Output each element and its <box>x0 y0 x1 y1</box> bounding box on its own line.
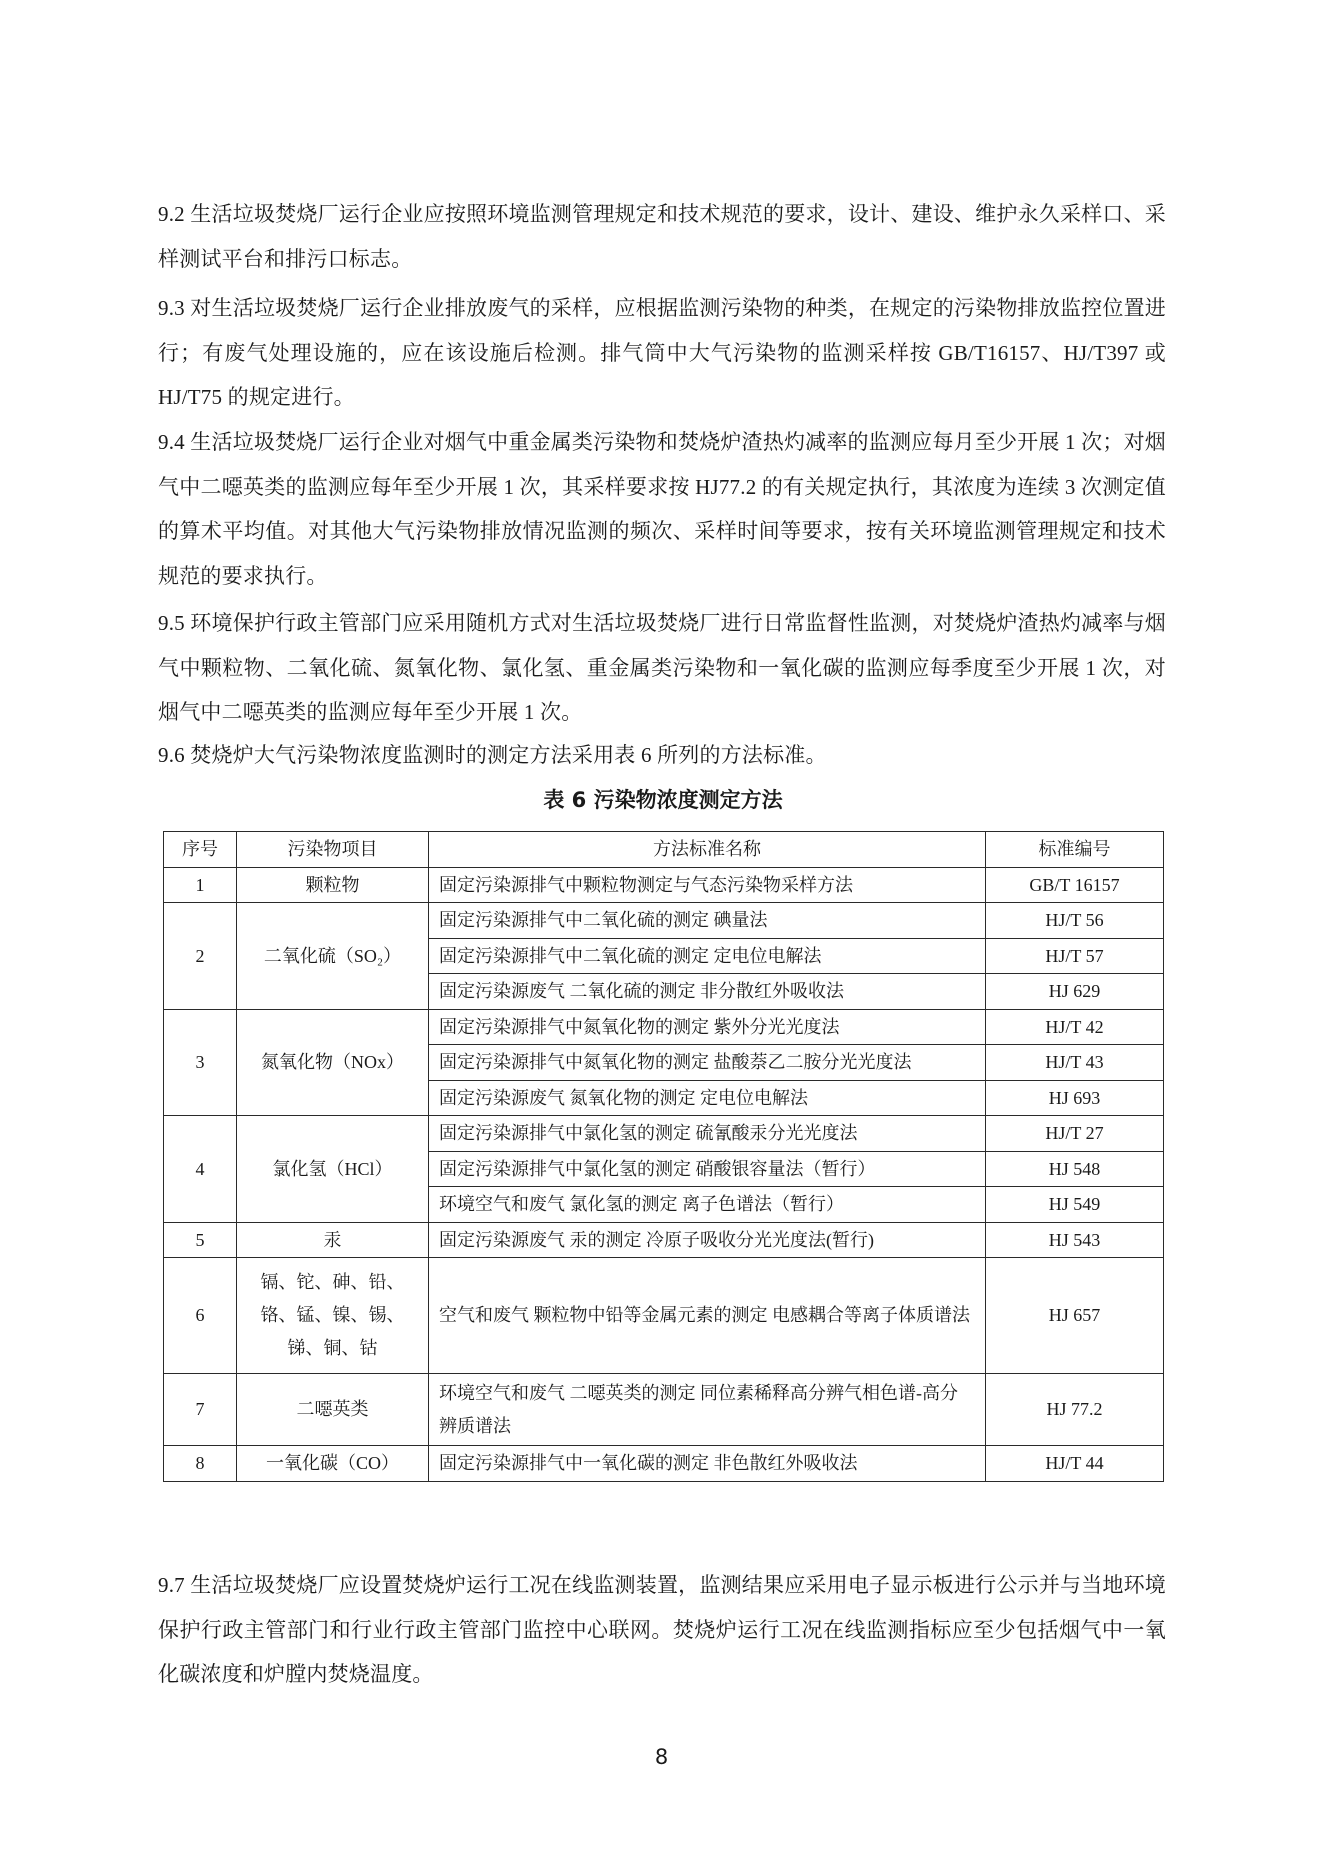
cell-standard-code: HJ/T 43 <box>986 1045 1164 1081</box>
cell-standard-code: HJ 629 <box>986 974 1164 1010</box>
header-no: 序号 <box>164 832 237 868</box>
cell-no: 5 <box>164 1222 237 1258</box>
cell-method-name: 环境空气和废气 二噁英类的测定 同位素稀释高分辨气相色谱-高分辨质谱法 <box>429 1374 986 1446</box>
cell-pollutant: 颗粒物 <box>237 867 429 903</box>
pollutant-line: 镉、铊、砷、铅、 <box>247 1266 418 1299</box>
cell-standard-code: HJ/T 57 <box>986 938 1164 974</box>
cell-method-name: 固定污染源废气 汞的测定 冷原子吸收分光光度法(暂行) <box>429 1222 986 1258</box>
cell-standard-code: HJ 548 <box>986 1151 1164 1187</box>
paragraph-9-4: 9.4 生活垃圾焚烧厂运行企业对烟气中重金属类污染物和焚烧炉渣热灼减率的监测应每… <box>158 420 1166 598</box>
cell-standard-code: HJ/T 44 <box>986 1446 1164 1482</box>
paragraph-9-5: 9.5 环境保护行政主管部门应采用随机方式对生活垃圾焚烧厂进行日常监督性监测，对… <box>158 601 1166 735</box>
page-number: 8 <box>0 1745 1323 1769</box>
table-row: 2 二氧化硫（SO₂） 固定污染源排气中二氧化硫的测定 碘量法 HJ/T 56 <box>164 903 1164 939</box>
pollutant-line: 锑、铜、钴 <box>247 1332 418 1365</box>
cell-standard-code: HJ/T 27 <box>986 1116 1164 1152</box>
cell-method-name: 固定污染源排气中氮氧化物的测定 紫外分光光度法 <box>429 1009 986 1045</box>
cell-method-name: 固定污染源废气 氮氧化物的测定 定电位电解法 <box>429 1080 986 1116</box>
table-row: 3 氮氧化物（NOx） 固定污染源排气中氮氧化物的测定 紫外分光光度法 HJ/T… <box>164 1009 1164 1045</box>
cell-method-name: 固定污染源排气中颗粒物测定与气态污染物采样方法 <box>429 867 986 903</box>
methods-table: 序号 污染物项目 方法标准名称 标准编号 1 颗粒物 固定污染源排气中颗粒物测定… <box>163 831 1164 1482</box>
cell-pollutant: 二氧化硫（SO₂） <box>237 903 429 1010</box>
cell-standard-code: HJ 693 <box>986 1080 1164 1116</box>
paragraph-9-6: 9.6 焚烧炉大气污染物浓度监测时的测定方法采用表 6 所列的方法标准。 <box>158 733 1166 778</box>
cell-standard-code: HJ/T 42 <box>986 1009 1164 1045</box>
cell-method-name: 空气和废气 颗粒物中铅等金属元素的测定 电感耦合等离子体质谱法 <box>429 1258 986 1374</box>
header-pollutant: 污染物项目 <box>237 832 429 868</box>
cell-method-name: 固定污染源排气中二氧化硫的测定 定电位电解法 <box>429 938 986 974</box>
cell-no: 4 <box>164 1116 237 1223</box>
paragraph-9-2: 9.2 生活垃圾焚烧厂运行企业应按照环境监测管理规定和技术规范的要求，设计、建设… <box>158 192 1166 281</box>
cell-pollutant: 镉、铊、砷、铅、 铬、锰、镍、锡、 锑、铜、钴 <box>237 1258 429 1374</box>
cell-method-name: 固定污染源排气中二氧化硫的测定 碘量法 <box>429 903 986 939</box>
table-row: 1 颗粒物 固定污染源排气中颗粒物测定与气态污染物采样方法 GB/T 16157 <box>164 867 1164 903</box>
cell-no: 7 <box>164 1374 237 1446</box>
table-row: 4 氯化氢（HCl） 固定污染源排气中氯化氢的测定 硫氰酸汞分光光度法 HJ/T… <box>164 1116 1164 1152</box>
table-header-row: 序号 污染物项目 方法标准名称 标准编号 <box>164 832 1164 868</box>
pollutant-line: 铬、锰、镍、锡、 <box>247 1299 418 1332</box>
cell-method-name: 固定污染源排气中氯化氢的测定 硫氰酸汞分光光度法 <box>429 1116 986 1152</box>
cell-standard-code: GB/T 16157 <box>986 867 1164 903</box>
cell-method-name: 固定污染源排气中氮氧化物的测定 盐酸萘乙二胺分光光度法 <box>429 1045 986 1081</box>
cell-no: 8 <box>164 1446 237 1482</box>
cell-pollutant: 汞 <box>237 1222 429 1258</box>
table-row: 8 一氧化碳（CO） 固定污染源排气中一氧化碳的测定 非色散红外吸收法 HJ/T… <box>164 1446 1164 1482</box>
header-standard-code: 标准编号 <box>986 832 1164 868</box>
cell-no: 2 <box>164 903 237 1010</box>
cell-pollutant: 氯化氢（HCl） <box>237 1116 429 1223</box>
table-row: 7 二噁英类 环境空气和废气 二噁英类的测定 同位素稀释高分辨气相色谱-高分辨质… <box>164 1374 1164 1446</box>
cell-standard-code: HJ 77.2 <box>986 1374 1164 1446</box>
cell-pollutant: 一氧化碳（CO） <box>237 1446 429 1482</box>
cell-standard-code: HJ 657 <box>986 1258 1164 1374</box>
cell-no: 1 <box>164 867 237 903</box>
header-method-name: 方法标准名称 <box>429 832 986 868</box>
cell-no: 6 <box>164 1258 237 1374</box>
cell-method-name: 固定污染源废气 二氧化硫的测定 非分散红外吸收法 <box>429 974 986 1010</box>
cell-standard-code: HJ 543 <box>986 1222 1164 1258</box>
cell-standard-code: HJ/T 56 <box>986 903 1164 939</box>
table-title: 表 6 污染物浓度测定方法 <box>163 782 1163 818</box>
cell-method-name: 环境空气和废气 氯化氢的测定 离子色谱法（暂行） <box>429 1187 986 1223</box>
cell-method-name: 固定污染源排气中一氧化碳的测定 非色散红外吸收法 <box>429 1446 986 1482</box>
paragraph-9-7: 9.7 生活垃圾焚烧厂应设置焚烧炉运行工况在线监测装置，监测结果应采用电子显示板… <box>158 1563 1166 1697</box>
cell-no: 3 <box>164 1009 237 1116</box>
table-row: 6 镉、铊、砷、铅、 铬、锰、镍、锡、 锑、铜、钴 空气和废气 颗粒物中铅等金属… <box>164 1258 1164 1374</box>
cell-method-name: 固定污染源排气中氯化氢的测定 硝酸银容量法（暂行） <box>429 1151 986 1187</box>
paragraph-9-3: 9.3 对生活垃圾焚烧厂运行企业排放废气的采样，应根据监测污染物的种类，在规定的… <box>158 286 1166 420</box>
cell-standard-code: HJ 549 <box>986 1187 1164 1223</box>
table-row: 5 汞 固定污染源废气 汞的测定 冷原子吸收分光光度法(暂行) HJ 543 <box>164 1222 1164 1258</box>
cell-pollutant: 二噁英类 <box>237 1374 429 1446</box>
cell-pollutant: 氮氧化物（NOx） <box>237 1009 429 1116</box>
